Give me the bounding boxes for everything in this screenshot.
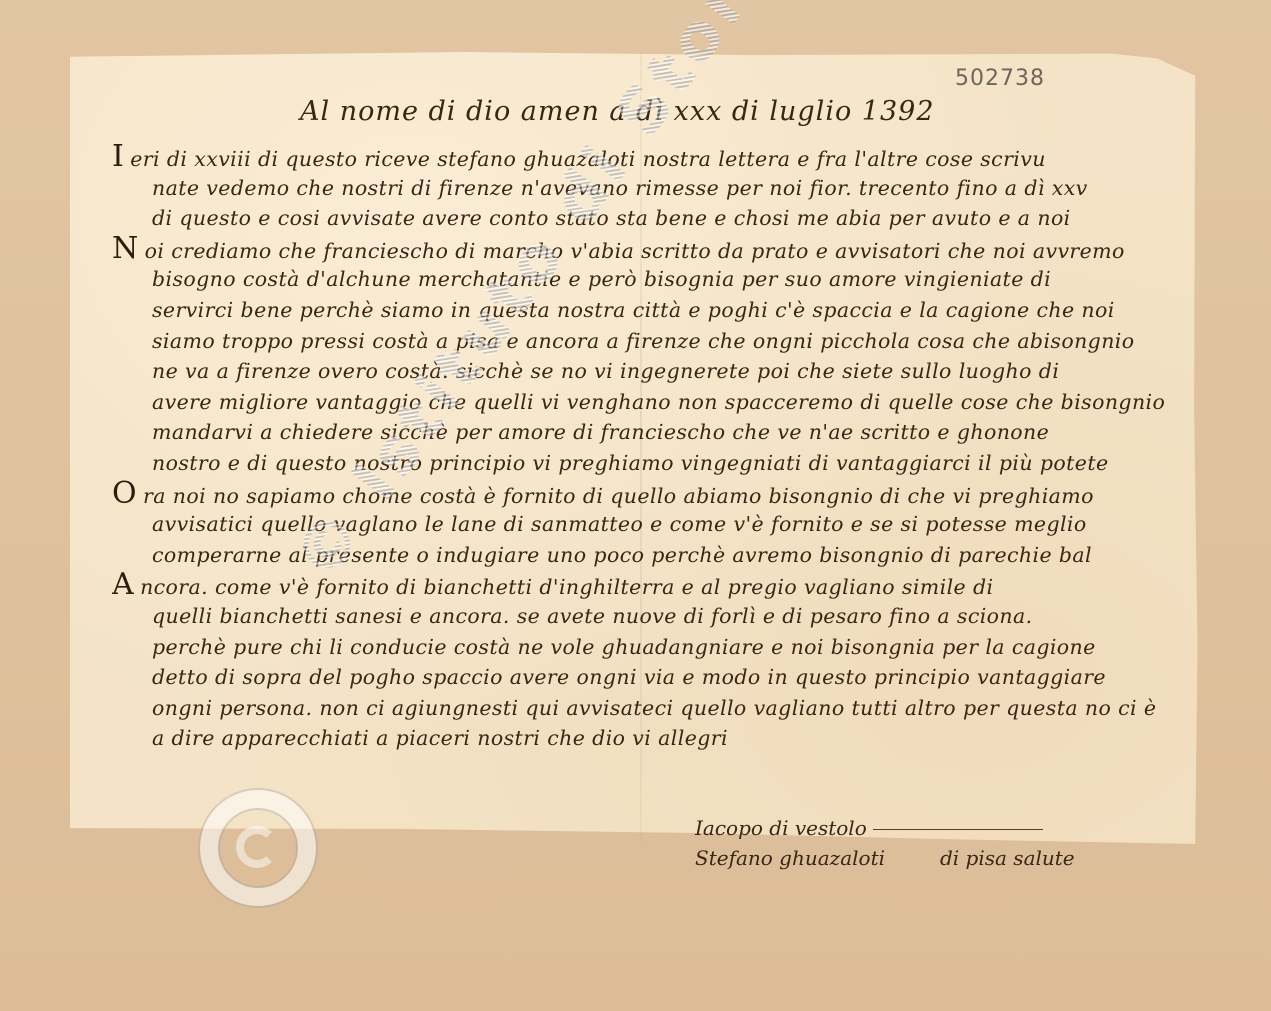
line-text: mandarvi a chiedere sicchè per amore di … — [152, 420, 1049, 444]
catalog-number: 502738 — [955, 66, 1045, 91]
letter-line: detto di sopra del pogho spaccio avere o… — [112, 662, 1192, 693]
letter-line: bisogno costà d'alchune merchatantie e p… — [112, 264, 1192, 295]
signature-closing: di pisa salute — [940, 846, 1075, 870]
line-text: siamo troppo pressi costà a pisa e ancor… — [152, 329, 1135, 353]
signature-flourish — [873, 829, 1043, 830]
initial-letter: O — [112, 479, 137, 510]
letter-line: a dire apparecchiati a piaceri nostri ch… — [112, 723, 1192, 754]
letter-line: avere migliore vantaggio che quelli vi v… — [112, 387, 1192, 418]
line-text: avere migliore vantaggio che quelli vi v… — [152, 390, 1165, 414]
line-text: detto di sopra del pogho spaccio avere o… — [152, 665, 1106, 689]
line-text: quelli bianchetti sanesi e ancora. se av… — [152, 604, 1033, 628]
signature-block: Iacopo di vestolo Stefano ghuazalotidi p… — [695, 813, 1215, 873]
line-text: a dire apparecchiati a piaceri nostri ch… — [152, 726, 728, 750]
signature-line: Iacopo di vestolo — [695, 813, 1215, 843]
signature-line: Stefano ghuazalotidi pisa salute — [695, 843, 1215, 873]
letter-line: di questo e cosi avvisate avere conto st… — [112, 203, 1192, 234]
line-text: ra noi no sapiamo chome costà è fornito … — [143, 484, 1094, 508]
letter-line: quelli bianchetti sanesi e ancora. se av… — [112, 601, 1192, 632]
line-text: eri di xxviii di questo riceve stefano g… — [130, 147, 1046, 171]
letter-line: Ancora. come v'è fornito di bianchetti d… — [112, 570, 1192, 601]
initial-letter: A — [112, 570, 134, 601]
initial-letter: I — [112, 142, 124, 173]
letter-heading: Al nome di dio amen a dì xxx di luglio 1… — [300, 96, 935, 127]
letter-body: Ieri di xxviii di questo riceve stefano … — [112, 142, 1192, 754]
signatory-1: Iacopo di vestolo — [695, 816, 867, 840]
line-text: comperarne al presente o indugiare uno p… — [152, 543, 1092, 567]
line-text: nostro e di questo nostro principio vi p… — [152, 451, 1109, 475]
line-text: ongni persona. non ci agiungnesti qui av… — [152, 696, 1156, 720]
letter-line: Noi crediamo che franciescho di marcho v… — [112, 234, 1192, 265]
letter-line: perchè pure chi li conducie costà ne vol… — [112, 632, 1192, 663]
letter-line: Ora noi no sapiamo chome costà è fornito… — [112, 479, 1192, 510]
line-text: oi crediamo che franciescho di marcho v'… — [145, 239, 1125, 263]
line-text: perchè pure chi li conducie costà ne vol… — [152, 635, 1096, 659]
letter-line: ongni persona. non ci agiungnesti qui av… — [112, 693, 1192, 724]
signatory-2: Stefano ghuazaloti — [695, 846, 885, 870]
line-text: nate vedemo che nostri di firenze n'avev… — [152, 176, 1088, 200]
letter-line: Ieri di xxviii di questo riceve stefano … — [112, 142, 1192, 173]
line-text: servirci bene perchè siamo in questa nos… — [152, 298, 1115, 322]
line-text: ne va a firenze overo costà. sicchè se n… — [152, 359, 1059, 383]
line-text: ncora. come v'è fornito di bianchetti d'… — [140, 575, 993, 599]
initial-letter: N — [112, 234, 139, 265]
letter-line: siamo troppo pressi costà a pisa e ancor… — [112, 326, 1192, 357]
letter-line: servirci bene perchè siamo in questa nos… — [112, 295, 1192, 326]
letter-line: ne va a firenze overo costà. sicchè se n… — [112, 356, 1192, 387]
letter-line: avvisatici quello vaglano le lane di san… — [112, 509, 1192, 540]
line-text: bisogno costà d'alchune merchatantie e p… — [152, 267, 1051, 291]
letter-line: comperarne al presente o indugiare uno p… — [112, 540, 1192, 571]
letter-line: nate vedemo che nostri di firenze n'avev… — [112, 173, 1192, 204]
line-text: di questo e cosi avvisate avere conto st… — [152, 206, 1071, 230]
line-text: avvisatici quello vaglano le lane di san… — [152, 512, 1087, 536]
letter-line: nostro e di questo nostro principio vi p… — [112, 448, 1192, 479]
letter-line: mandarvi a chiedere sicchè per amore di … — [112, 417, 1192, 448]
